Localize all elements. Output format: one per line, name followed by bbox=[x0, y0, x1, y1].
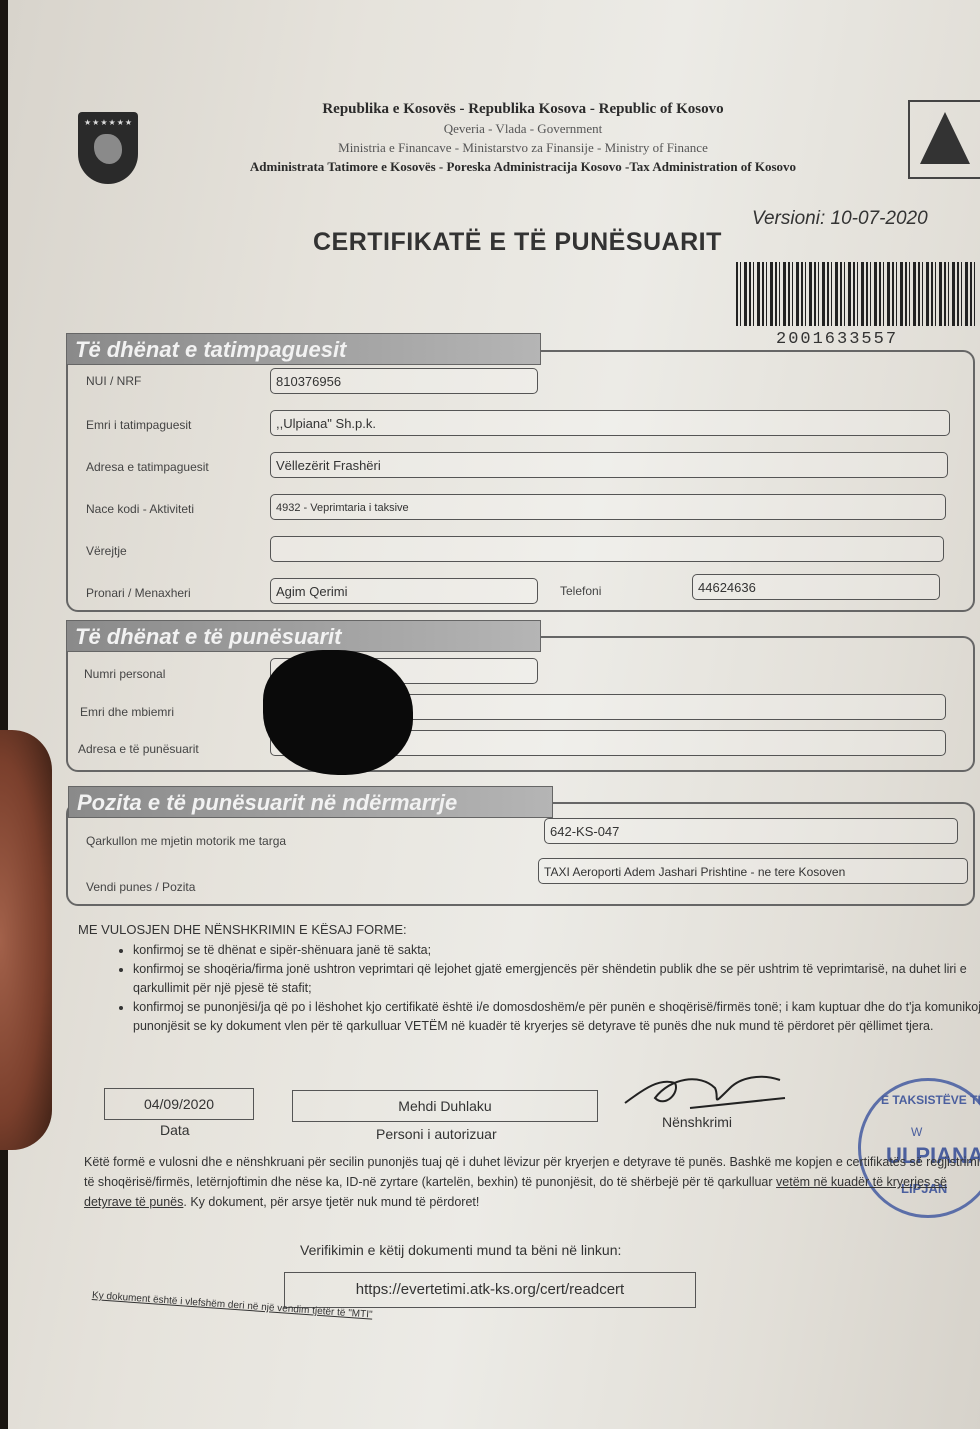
date-label: Data bbox=[160, 1122, 190, 1138]
signature-label: Nënshkrimi bbox=[662, 1114, 732, 1130]
employee-address-label: Adresa e të punësuarit bbox=[78, 742, 199, 756]
atk-logo-icon bbox=[908, 100, 980, 179]
date-field: 04/09/2020 bbox=[104, 1088, 254, 1120]
taxpayer-address-field: Vëllezërit Frashëri bbox=[270, 452, 948, 478]
declaration-item: konfirmoj se shoqëria/firma jonë ushtron… bbox=[133, 960, 980, 998]
header-ministry: Ministria e Financave - Ministarstvo za … bbox=[178, 138, 868, 157]
taxpayer-section-title: Të dhënat e tatimpaguesit bbox=[66, 333, 541, 365]
authorized-person-field: Mehdi Duhlaku bbox=[292, 1090, 598, 1122]
owner-label: Pronari / Menaxheri bbox=[86, 586, 191, 600]
declaration: ME VULOSJEN DHE NËNSHKRIMIN E KËSAJ FORM… bbox=[78, 922, 980, 1036]
declaration-heading: ME VULOSJEN DHE NËNSHKRIMIN E KËSAJ FORM… bbox=[78, 922, 980, 937]
workplace-label: Vendi punes / Pozita bbox=[86, 880, 195, 894]
certificate-document: ★★★★★★ Republika e Kosovës - Republika K… bbox=[8, 0, 980, 1429]
header-republic: Republika e Kosovës - Republika Kosova -… bbox=[178, 100, 868, 119]
hand-holding-paper bbox=[0, 730, 52, 1150]
kosovo-coat-of-arms-icon: ★★★★★★ bbox=[78, 112, 138, 184]
taxpayer-name-field: ,,Ulpiana" Sh.p.k. bbox=[270, 410, 950, 436]
barcode bbox=[736, 262, 978, 326]
taxpayer-address-label: Adresa e tatimpaguesit bbox=[86, 460, 209, 474]
phone-label: Telefoni bbox=[560, 584, 601, 598]
document-header: Republika e Kosovës - Republika Kosova -… bbox=[178, 100, 868, 176]
barcode-number: 2001633557 bbox=[776, 330, 898, 349]
handwritten-signature bbox=[620, 1068, 795, 1118]
document-title: CERTIFIKATË E TË PUNËSUARIT bbox=[313, 228, 722, 257]
taxpayer-name-label: Emri i tatimpaguesit bbox=[86, 418, 191, 432]
remarks-label: Vërejtje bbox=[86, 544, 127, 558]
nui-label: NUI / NRF bbox=[86, 374, 141, 388]
nace-code-label: Nace kodi - Aktiviteti bbox=[86, 502, 194, 516]
remarks-field bbox=[270, 536, 944, 562]
usage-note: Këtë formë e vulosni dhe e nënshkruani p… bbox=[84, 1152, 980, 1212]
header-tax-administration: Administrata Tatimore e Kosovës - Poresk… bbox=[178, 157, 868, 176]
owner-field: Agim Qerimi bbox=[270, 578, 538, 604]
nui-field: 810376956 bbox=[270, 368, 538, 394]
verification-label: Verifikimin e këtij dokumenti mund ta bë… bbox=[300, 1242, 621, 1258]
authorized-person-label: Personi i autorizuar bbox=[376, 1126, 497, 1142]
version-label: Versioni: 10-07-2020 bbox=[752, 208, 928, 230]
employee-section-title: Të dhënat e të punësuarit bbox=[66, 620, 541, 652]
position-section-title: Pozita e të punësuarit në ndërmarrje bbox=[68, 786, 553, 818]
workplace-field: TAXI Aeroporti Adem Jashari Prishtine - … bbox=[538, 858, 968, 884]
header-government: Qeveria - Vlada - Government bbox=[178, 119, 868, 138]
redacted-personal-data bbox=[263, 650, 413, 775]
employee-name-label: Emri dhe mbiemri bbox=[80, 705, 174, 719]
nace-code-field: 4932 - Veprimtaria i taksive bbox=[270, 494, 946, 520]
verification-link[interactable]: https://evertetimi.atk-ks.org/cert/readc… bbox=[284, 1272, 696, 1308]
personal-number-label: Numri personal bbox=[84, 667, 165, 681]
declaration-item: konfirmoj se të dhënat e sipër-shënuara … bbox=[133, 941, 980, 960]
vehicle-plate-label: Qarkullon me mjetin motorik me targa bbox=[86, 834, 286, 848]
declaration-item: konfirmoj se punonjësi/ja që po i lëshoh… bbox=[133, 998, 980, 1036]
vehicle-plate-field: 642-KS-047 bbox=[544, 818, 958, 844]
phone-field: 44624636 bbox=[692, 574, 940, 600]
